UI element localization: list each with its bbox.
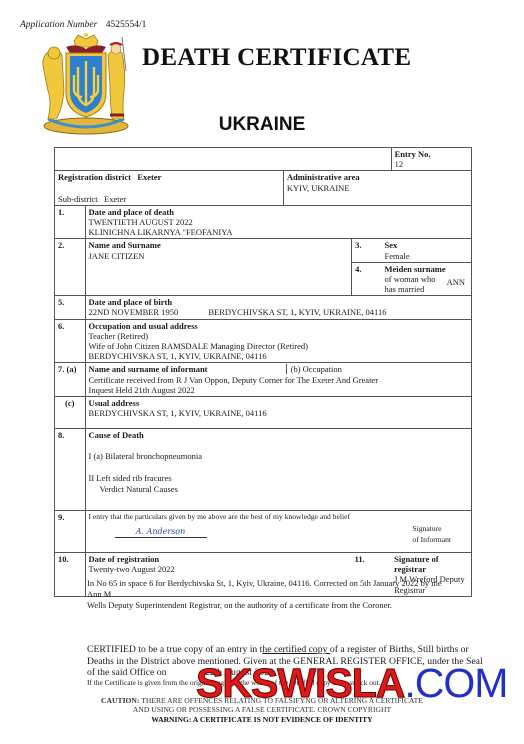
informant-name-label: Name and surname of informant bbox=[89, 364, 208, 374]
registrar-signature-label: Signature of registrar bbox=[394, 554, 468, 574]
field-8-row: 8. Cause of Death I (a) Bilateral bronch… bbox=[55, 428, 472, 510]
administrative-area-value: KYIV, UKRAINE bbox=[287, 183, 468, 193]
signature-label: Signature bbox=[412, 523, 451, 534]
certified-underlined-text: he certified copy bbox=[262, 644, 330, 655]
field-7a-row: 7. (a) Name and surname of informant (b)… bbox=[55, 363, 472, 397]
administrative-area-cell: Administrative area KYIV, UKRAINE bbox=[283, 171, 471, 205]
caution-label: CAUTION: bbox=[101, 696, 139, 705]
registration-district-value: Exeter bbox=[137, 172, 161, 182]
field-number: 9. bbox=[55, 510, 86, 552]
informant-occupation-label: (b) Occupation bbox=[286, 364, 342, 374]
field-7c-row: (c) Usual address BERDYCHIVSKA ST, 1, KY… bbox=[55, 396, 472, 428]
field-2-row: 2. Name and Surname JANE CITIZEN 3. Sex … bbox=[55, 239, 472, 262]
correction-notes: In No 65 in space 6 for Berdychivska St,… bbox=[87, 578, 487, 611]
field-number: 8. bbox=[55, 428, 86, 510]
watermark: SKSWISLA.COM bbox=[196, 660, 507, 707]
field-1-row: 1. Date and place of death TWENTIETH AUG… bbox=[55, 205, 472, 239]
occupation-detail-value: Wife of John Citizen RAMSDALE Managing D… bbox=[89, 341, 469, 351]
registration-row: Registration district Exeter Sub-distric… bbox=[55, 171, 472, 205]
declaration-text: I entry that the particulars given by me… bbox=[89, 512, 469, 521]
death-date-place-label: Date and place of death bbox=[89, 207, 469, 217]
field-number: 1. bbox=[55, 205, 86, 239]
administrative-area-label: Administrative area bbox=[287, 172, 468, 182]
certificate-table: Entry No. 12 Registration district Exete… bbox=[54, 147, 472, 597]
field-number: 7. (a) bbox=[55, 363, 86, 397]
occupation-address-label: Occupation and usual address bbox=[89, 321, 469, 331]
death-date-value: TWENTIETH AUGUST 2022 bbox=[89, 217, 469, 227]
informant-address-label: Usual address bbox=[89, 398, 469, 408]
watermark-text: SKSWISLA bbox=[196, 660, 404, 706]
entry-number-value: 12 bbox=[395, 159, 468, 169]
field-number: 6. bbox=[55, 319, 86, 363]
field-5-row: 5. Date and place of birth 22ND NOVEMBER… bbox=[55, 296, 472, 319]
birth-date-value: 22ND NOVEMBER 1950 bbox=[89, 307, 179, 317]
field-number: 4. bbox=[352, 262, 382, 296]
death-place-value: KLINICHNA LIKARNYA "FEOFANIYA bbox=[89, 227, 469, 237]
correction-line: Wells Deputy Superintendent Registrar, o… bbox=[87, 600, 487, 611]
registration-date-value: Twenty-two August 2022 bbox=[89, 564, 349, 574]
application-number-value: 4525554/1 bbox=[106, 20, 147, 30]
field-9-row: 9. I entry that the particulars given by… bbox=[55, 510, 472, 552]
cause-of-death-label: Cause of Death bbox=[89, 430, 469, 440]
maiden-surname-value: ANN bbox=[447, 277, 465, 287]
cause-secondary-value: II Left sided rib fracures bbox=[89, 473, 469, 483]
subdistrict-label: Sub-district bbox=[58, 194, 98, 204]
field-6-row: 6. Occupation and usual address Teacher … bbox=[55, 319, 472, 363]
signature-label: of Informant bbox=[412, 534, 451, 545]
entry-number-cell: Entry No. 12 bbox=[391, 148, 471, 171]
maiden-surname-label: Meiden surname bbox=[384, 264, 468, 274]
informant-value: Certificate received from R J Van Oppon,… bbox=[89, 375, 469, 385]
verdict-value: Verdict Natural Causes bbox=[100, 484, 469, 494]
informant-address-value: BERDYCHIVSKA ST, 1, KYIV, UKRAINE, 04116 bbox=[89, 408, 469, 418]
correction-line: In No 65 in space 6 for Berdychivska St,… bbox=[87, 578, 487, 589]
occupation-value: Teacher (Retired) bbox=[89, 331, 469, 341]
certified-text: CERTIFIED to be a true copy of an entry … bbox=[87, 644, 262, 655]
entry-row: Entry No. 12 bbox=[55, 148, 472, 171]
entry-number-label: Entry No. bbox=[395, 149, 468, 159]
sex-value: Female bbox=[384, 251, 468, 261]
registration-date-label: Date of registration bbox=[89, 554, 349, 564]
birth-date-place-label: Date and place of birth bbox=[89, 297, 469, 307]
field-number: (c) bbox=[55, 396, 86, 428]
warning-text: WARNING: A CERTIFICATE IS NOT EVIDENCE O… bbox=[0, 715, 524, 724]
application-number: Application Number 4525554/1 bbox=[20, 20, 146, 30]
name-value: JANE CITIZEN bbox=[89, 251, 349, 261]
name-label: Name and Surname bbox=[89, 240, 349, 250]
sex-label: Sex bbox=[384, 240, 468, 250]
informant-signature: A. Anderson bbox=[115, 527, 207, 538]
country-heading: UKRAINE bbox=[0, 114, 524, 136]
usual-address-value: BERDYCHIVSKA ST, 1, KYIV, UKRAINE, 04116 bbox=[89, 351, 469, 361]
birth-place-value: BERDYCHIVSKA ST, 1, KYIV, UKRAINE, 04116 bbox=[208, 307, 386, 317]
correction-line: Ann M bbox=[87, 589, 487, 600]
inquest-value: Inquest Held 21th August 2022 bbox=[89, 385, 469, 395]
application-number-label: Application Number bbox=[20, 20, 97, 30]
field-number: 2. bbox=[55, 239, 86, 296]
registration-district-label: Registration district bbox=[58, 172, 131, 182]
document-title: DEATH CERTIFICATE bbox=[142, 44, 411, 72]
field-number: 10. bbox=[55, 552, 86, 596]
cause-primary-value: I (a) Bilateral bronchopneumonia bbox=[89, 451, 469, 461]
field-number: 3. bbox=[352, 239, 382, 262]
watermark-domain: .COM bbox=[404, 660, 507, 706]
subdistrict-value: Exeter bbox=[104, 194, 126, 204]
registration-district-cell: Registration district Exeter Sub-distric… bbox=[55, 171, 284, 205]
field-number: 5. bbox=[55, 296, 86, 319]
